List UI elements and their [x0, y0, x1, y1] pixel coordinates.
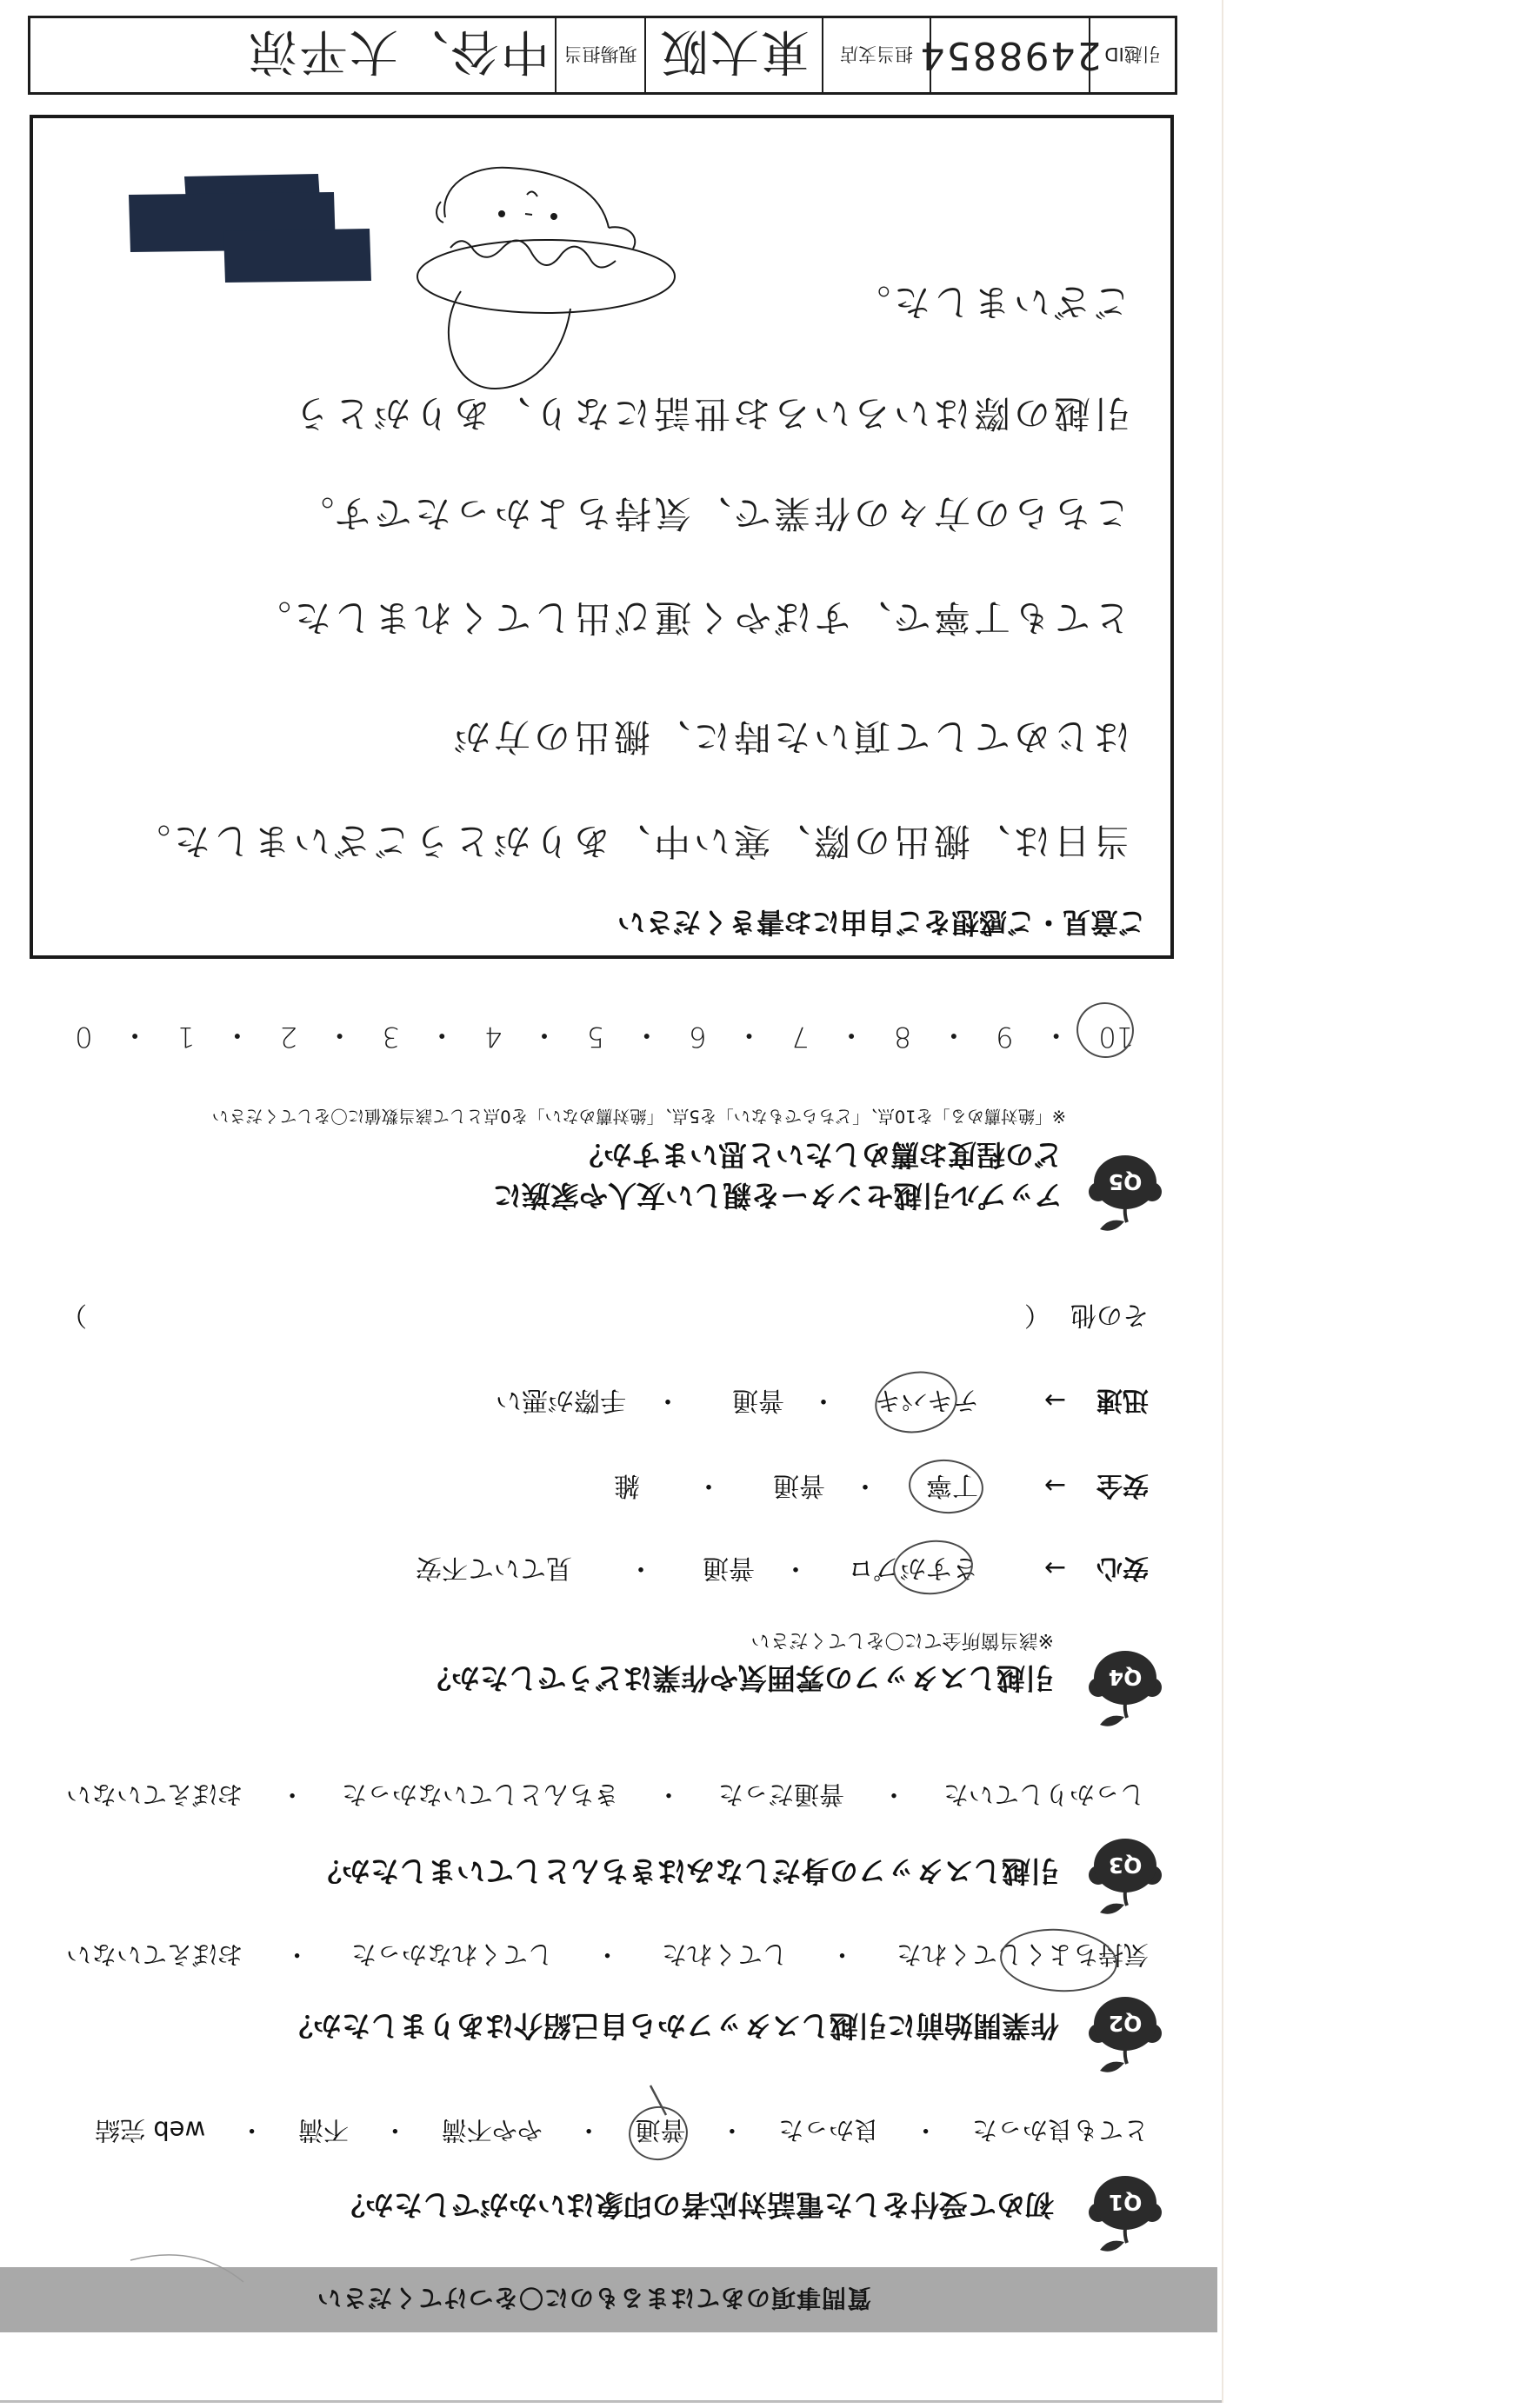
separator: ・	[595, 1939, 620, 1970]
move-id-value: 2498854	[919, 33, 1102, 77]
scale-value: 5	[587, 1021, 604, 1054]
survey-card: 質問事項のあてはまるものに〇をつけてください Q1 初めて受付をした電話対応者の…	[0, 0, 1513, 2408]
option: 普通	[773, 1469, 825, 1500]
separator: ・	[280, 1779, 305, 1810]
handwritten-comment-line: こちらの方々の作業で、気持ちよかったです。	[294, 489, 1130, 542]
move-id-label: 引越ID	[1104, 43, 1160, 69]
q5-title-line-2: どの程度お薦めしたいと思いますか？	[575, 1137, 1063, 1172]
pen-stroke	[643, 2082, 670, 2117]
selection-circle	[870, 1365, 963, 1439]
separator: ・	[383, 2115, 408, 2145]
separator: ・	[628, 1552, 654, 1583]
scale-value: 3	[382, 1021, 399, 1054]
arrow-right-icon: →	[1044, 1552, 1066, 1583]
scale-value: 2	[280, 1021, 297, 1054]
q2-title: 作業開始前に引越しスタッフから自己紹介はありましたか？	[284, 2008, 1059, 2043]
move-id-label-cell: 引越ID	[1089, 18, 1175, 92]
selection-circle	[906, 1456, 985, 1516]
doodle-and-redaction	[113, 156, 696, 409]
svg-text:Q2: Q2	[1109, 2011, 1143, 2036]
svg-text:Q1: Q1	[1109, 2190, 1143, 2215]
separator: ・	[121, 1017, 149, 1057]
option: おぼえていない	[66, 1939, 243, 1970]
q5-title-line-1: アップル引越センターを親しい友人や家族に	[493, 1178, 1063, 1213]
branch-label: 担当支店	[840, 43, 913, 69]
q1-apple-badge-icon: Q1	[1086, 2173, 1164, 2253]
staff-value-cell: 中谷、大平涼	[30, 18, 555, 92]
staff-label-cell: 現場担当	[555, 18, 644, 92]
option: とても良かった	[972, 2115, 1149, 2145]
separator: ・	[719, 2115, 744, 2145]
option: 雑	[614, 1469, 640, 1500]
scale-value: 6	[689, 1021, 706, 1054]
separator: ・	[913, 2115, 938, 2145]
separator: ・	[830, 1939, 855, 1970]
q4-note: ※該当箇所全てに〇をしてください	[751, 1628, 1054, 1651]
arrow-right-icon: →	[1044, 1469, 1066, 1500]
branch-value-cell: 東大阪	[644, 18, 822, 92]
separator: ・	[882, 1779, 907, 1810]
face-doodle-icon	[417, 168, 675, 389]
q3-options: しっかりしていた ・ 普通だった ・ きちんとしていなかった ・ おぼえていない	[66, 1779, 1145, 1810]
q3-title: 引越しスタッフの身だしなみはきちんとしていましたか？	[313, 1853, 1059, 1888]
separator: ・	[837, 1017, 865, 1057]
handwritten-comment-line: はじめてして頂いた時に、搬出の方が	[450, 713, 1130, 765]
handwritten-comment-line: とても丁寧で、すばやく運び出してくれました。	[251, 594, 1130, 646]
svg-text:Q4: Q4	[1109, 1665, 1143, 1690]
selection-circle	[998, 1925, 1120, 1995]
staff-value: 中谷、大平涼	[247, 21, 550, 90]
q5-note: ※「絶対薦める」を10点、「どちらでもない」を5点、「絶対薦めない」を0点として…	[212, 1106, 1066, 1126]
redaction-block	[129, 174, 371, 283]
svg-text:Q5: Q5	[1109, 1169, 1143, 1194]
move-id-value-cell: 2498854	[930, 18, 1089, 92]
handwritten-comment-line: ございました。	[850, 278, 1130, 330]
card-edge	[1222, 0, 1223, 2403]
separator: ・	[530, 1017, 558, 1057]
q1-title: 初めて受付をした電話対応者の印象はいかがでしたか？	[337, 2187, 1054, 2222]
comments-label: ご意見・ご感想をご自由にお書きください	[617, 904, 1146, 944]
separator: ・	[655, 1384, 681, 1415]
scale-value: 0	[75, 1021, 92, 1054]
option: web 完結	[95, 2115, 205, 2145]
option: 普通	[732, 1384, 784, 1415]
q3-apple-badge-icon: Q3	[1086, 1836, 1164, 1916]
paren-close: ）	[61, 1299, 87, 1330]
separator: ・	[810, 1384, 836, 1415]
option: やや不満	[442, 2115, 543, 2145]
selection-circle	[890, 1536, 976, 1598]
q4-apple-badge-icon: Q4	[1086, 1648, 1164, 1728]
separator: ・	[239, 2115, 264, 2145]
scale-value: 4	[484, 1021, 502, 1054]
q2-options: 気持ちよくしてくれた ・ してくれた ・ してくれなかった ・ おぼえていない	[66, 1939, 1149, 1970]
svg-text:Q3: Q3	[1109, 1853, 1143, 1878]
row-label-safety: 安全	[1096, 1469, 1149, 1500]
option: 普通だった	[718, 1779, 844, 1810]
q2-apple-badge-icon: Q2	[1086, 1994, 1164, 2074]
pencil-mark	[126, 2247, 248, 2286]
row-label-reassurance: 安心	[1096, 1552, 1149, 1583]
branch-value: 東大阪	[658, 21, 810, 90]
separator: ・	[223, 1017, 251, 1057]
separator: ・	[696, 1469, 722, 1500]
separator: ・	[940, 1017, 968, 1057]
option: 良かった	[778, 2115, 879, 2145]
separator: ・	[428, 1017, 456, 1057]
scale-value: 7	[791, 1021, 809, 1054]
q4-title: 引越しスタッフの雰囲気や作業はどうでしたか？	[423, 1660, 1054, 1695]
recommendation-scale: 10 ・ 9 ・ 8 ・ 7 ・ 6 ・ 5 ・ 4 ・ 3 ・ 2 ・ 1 ・…	[75, 1017, 1134, 1057]
option: してくれなかった	[351, 1939, 553, 1970]
row-label-speed: 迅速	[1096, 1384, 1149, 1415]
option: おぼえていない	[66, 1779, 243, 1810]
option: きちんとしていなかった	[342, 1779, 619, 1810]
paren-open: （	[1024, 1299, 1050, 1330]
scale-value: 8	[894, 1021, 911, 1054]
separator: ・	[852, 1469, 878, 1500]
option: 見ていて不安	[416, 1552, 572, 1583]
separator: ・	[783, 1552, 809, 1583]
arrow-right-icon: →	[1044, 1384, 1066, 1415]
separator: ・	[657, 1779, 682, 1810]
separator: ・	[326, 1017, 354, 1057]
header-table: 引越ID 2498854 担当支店 東大阪 現場担当 中谷、大平涼	[28, 16, 1177, 95]
other-label: その他	[1070, 1299, 1149, 1330]
staff-label: 現場担当	[564, 43, 637, 69]
branch-label-cell: 担当支店	[822, 18, 930, 92]
card-edge	[0, 2400, 1222, 2403]
separator: ・	[1043, 1017, 1070, 1057]
option: してくれた	[662, 1939, 788, 1970]
separator: ・	[633, 1017, 661, 1057]
q5-apple-badge-icon: Q5	[1086, 1153, 1164, 1233]
q1-options: とても良かった ・ 良かった ・ 普通 ・ やや不満 ・ 不満 ・ web 完結	[95, 2115, 1149, 2145]
option: 手際が悪い	[496, 1384, 626, 1415]
separator: ・	[284, 1939, 310, 1970]
separator: ・	[735, 1017, 763, 1057]
instruction-text: 質問事項のあてはまるものに〇をつけてください	[317, 2283, 871, 2318]
option: 普通	[703, 1552, 755, 1583]
scale-value: 1	[177, 1021, 195, 1054]
handwritten-comment-line: 当日は、搬出の際、寒い中、ありがとうございました。	[130, 817, 1130, 869]
scale-value: 9	[996, 1021, 1014, 1054]
separator: ・	[577, 2115, 602, 2145]
option: 不満	[298, 2115, 349, 2145]
option: しっかりしていた	[943, 1779, 1145, 1810]
